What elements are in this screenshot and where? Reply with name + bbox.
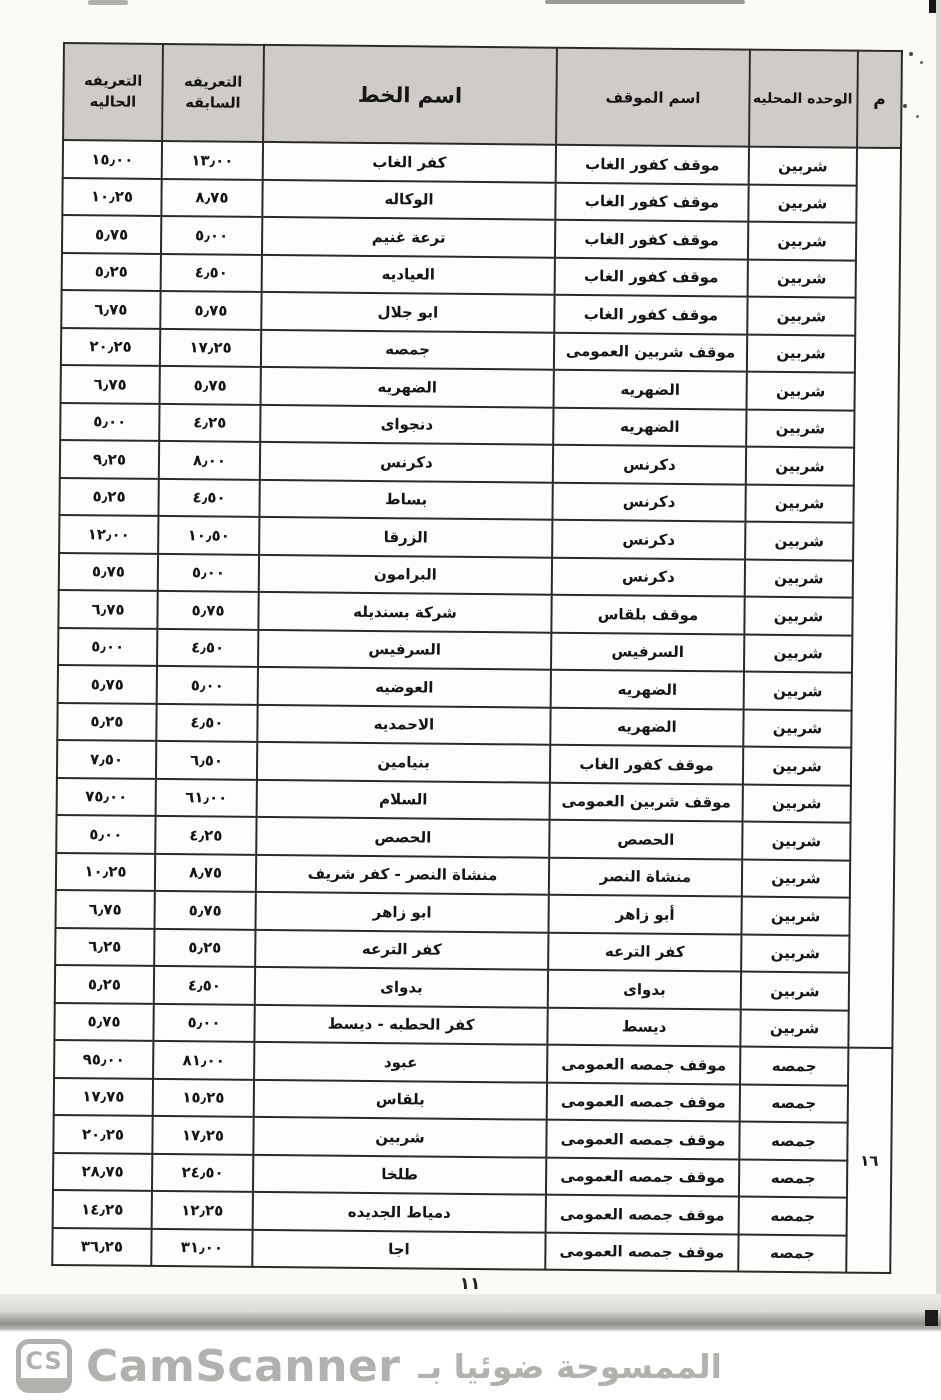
stop-name-cell: دكرنس (552, 482, 745, 521)
line-name-cell: السلام (257, 779, 550, 819)
previous-tariff-cell: ٥٫٧٥ (154, 891, 255, 929)
tariff-table-wrapper: م الوحده المحليه اسم الموقف اسم الخط الت… (51, 42, 901, 1274)
line-name-cell: العياديه (262, 254, 555, 294)
stop-name-cell: دكرنس (553, 445, 746, 484)
camscanner-logo-text: CS (25, 1347, 62, 1375)
line-name-cell: الضهريه (261, 367, 554, 407)
previous-tariff-cell: ٥٫٠٠ (161, 216, 262, 254)
previous-tariff-cell: ٤٫٢٥ (159, 403, 260, 441)
stop-name-cell: الضهريه (553, 407, 746, 446)
current-tariff-cell: ٥٫٧٥ (59, 552, 158, 590)
line-name-cell: اجا (252, 1229, 545, 1269)
line-name-cell: بدواى (255, 967, 548, 1007)
local-unit-cell: جمصه (739, 1197, 847, 1236)
current-tariff-cell: ١٠٫٢٥ (56, 852, 155, 890)
table-header: م الوحده المحليه اسم الموقف اسم الخط الت… (63, 43, 902, 148)
previous-tariff-cell: ٦٫٥٠ (156, 741, 257, 779)
page-bottom-edge (0, 1294, 941, 1332)
camscanner-logo-icon: CS (16, 1339, 72, 1393)
stop-name-cell: موقف جمصه العمومى (547, 1045, 740, 1084)
header-line-name: اسم الخط (263, 45, 557, 145)
stop-name-cell: الضهريه (550, 707, 743, 746)
previous-tariff-cell: ٤٫٥٠ (154, 966, 255, 1004)
previous-tariff-cell: ٤٫٢٥ (155, 816, 256, 854)
local-unit-cell: شربين (745, 522, 853, 561)
ink-dots (903, 104, 919, 118)
current-tariff-cell: ٥٫٢٥ (59, 477, 158, 515)
stop-name-cell: موقف جمصه العمومى (546, 1157, 739, 1196)
local-unit-cell: شربين (744, 672, 852, 711)
line-name-cell: كفر الترعه (255, 929, 548, 969)
previous-tariff-cell: ٥٫٧٥ (160, 291, 261, 329)
local-unit-cell: شربين (747, 297, 855, 336)
header-previous-tariff-line2: السابقه (185, 94, 240, 113)
stop-name-cell: موقف كفور الغاب (555, 257, 748, 296)
current-tariff-cell: ٦٫٧٥ (55, 890, 154, 928)
stop-name-cell: أبو زاهر (548, 895, 741, 934)
local-unit-cell: شربين (741, 972, 849, 1011)
previous-tariff-cell: ١٧٫٢٥ (152, 1116, 253, 1154)
camscanner-watermark-bar: CS CamScanner الممسوحة ضوئيا بـ (0, 1332, 941, 1400)
camscanner-logo-base (20, 1378, 68, 1389)
current-tariff-cell: ٥٫٠٠ (60, 402, 159, 440)
header-local-unit: الوحده المحليه (749, 50, 858, 148)
local-unit-cell: شربين (740, 1009, 848, 1048)
header-previous-tariff-line1: التعريفه (184, 73, 242, 92)
stop-name-cell: موقف جمصه العمومى (545, 1232, 738, 1271)
current-tariff-cell: ٩٫٢٥ (60, 440, 159, 478)
stop-name-cell: بدواى (548, 970, 741, 1009)
stop-name-cell: دكرنس (552, 557, 745, 596)
previous-tariff-cell: ٥٫٢٥ (154, 928, 255, 966)
page-number: ١١ (440, 1274, 500, 1294)
current-tariff-cell: ٦٫٧٥ (61, 290, 160, 328)
current-tariff-cell: ٦٫٢٥ (55, 927, 154, 965)
current-tariff-cell: ١٠٫٢٥ (62, 178, 161, 216)
header-previous-tariff: التعريفه السابقه (162, 44, 264, 142)
line-name-cell: الحصص (256, 817, 549, 857)
line-name-cell: الاحمديه (257, 704, 550, 744)
stop-name-cell: ديسط (547, 1007, 740, 1046)
line-name-cell: بساط (259, 479, 552, 519)
local-unit-cell: شربين (745, 484, 853, 523)
previous-tariff-cell: ١٥٫٢٥ (153, 1078, 254, 1116)
previous-tariff-cell: ٥٫٠٠ (158, 553, 259, 591)
previous-tariff-cell: ٦١٫٠٠ (156, 778, 257, 816)
local-unit-cell: شربين (746, 409, 854, 448)
stop-name-cell: دكرنس (552, 520, 745, 559)
line-name-cell: منشاة النصر - كفر شريف (256, 854, 549, 894)
previous-tariff-cell: ٥٫٠٠ (153, 1003, 254, 1041)
stop-name-cell: موقف كفور الغاب (550, 745, 743, 784)
local-unit-cell: جمصه (740, 1047, 848, 1086)
previous-tariff-cell: ٤٫٥٠ (161, 253, 262, 291)
previous-tariff-cell: ٤٫٥٠ (156, 703, 257, 741)
stop-name-cell: موقف شربين العمومى (554, 332, 747, 371)
ink-dots (909, 52, 923, 64)
stop-name-cell: موقف جمصه العمومى (547, 1082, 740, 1121)
current-tariff-cell: ١٥٫٠٠ (63, 140, 162, 178)
header-current-tariff-line1: التعريفه (84, 72, 142, 91)
stop-name-cell: موقف جمصه العمومى (546, 1120, 739, 1159)
stop-name-cell: الضهريه (551, 670, 744, 709)
current-tariff-cell: ٢٠٫٢٥ (61, 327, 160, 365)
stop-name-cell: الحصص (549, 820, 742, 859)
stop-name-cell: السرفيس (551, 632, 744, 671)
current-tariff-cell: ٦٫٧٥ (58, 590, 157, 628)
local-unit-cell: جمصه (740, 1084, 848, 1123)
line-name-cell: البرامون (259, 554, 552, 594)
header-current-tariff: التعريفه الحاليه (63, 43, 163, 141)
line-name-cell: العوضيه (258, 667, 551, 707)
serial-cell (848, 148, 901, 1048)
camscanner-brand-text: CamScanner (86, 1341, 400, 1392)
table-body: شربينموقف كفور الغابكفر الغاب١٣٫٠٠١٥٫٠٠ش… (52, 140, 901, 1273)
current-tariff-cell: ٥٫٠٠ (56, 815, 155, 853)
local-unit-cell: شربين (748, 184, 856, 223)
line-name-cell: دكرنس (260, 442, 553, 482)
previous-tariff-cell: ٥٫٧٥ (160, 366, 261, 404)
current-tariff-cell: ٢٨٫٧٥ (53, 1152, 152, 1190)
stop-name-cell: كفر الترعه (548, 932, 741, 971)
previous-tariff-cell: ٥٫٧٥ (157, 591, 258, 629)
current-tariff-cell: ٣٦٫٢٥ (52, 1227, 151, 1265)
local-unit-cell: شربين (744, 634, 852, 673)
previous-tariff-cell: ٤٫٥٠ (157, 628, 258, 666)
stop-name-cell: موقف كفور الغاب (556, 145, 749, 184)
header-current-tariff-line2: الحاليه (90, 93, 137, 112)
local-unit-cell: شربين (742, 822, 850, 861)
local-unit-cell: شربين (746, 447, 854, 486)
current-tariff-cell: ٥٫٧٥ (54, 1002, 153, 1040)
tariff-table: م الوحده المحليه اسم الموقف اسم الخط الت… (51, 42, 903, 1274)
scan-smudge (88, 0, 128, 5)
line-name-cell: السرفيس (258, 629, 551, 669)
stop-name-cell: موقف بلقاس (551, 595, 744, 634)
local-unit-cell: شربين (743, 709, 851, 748)
previous-tariff-cell: ٨٫٠٠ (159, 441, 260, 479)
current-tariff-cell: ٥٫٢٥ (57, 702, 156, 740)
line-name-cell: بنيامين (257, 742, 550, 782)
stop-name-cell: موقف كفور الغاب (555, 182, 748, 221)
local-unit-cell: شربين (741, 934, 849, 973)
line-name-cell: دنجواى (260, 404, 553, 444)
serial-cell: ١٦ (846, 1048, 892, 1273)
previous-tariff-cell: ٨٫٧٥ (161, 178, 262, 216)
previous-tariff-cell: ١٢٫٢٥ (152, 1191, 253, 1229)
local-unit-cell: جمصه (739, 1159, 847, 1198)
local-unit-cell: شربين (743, 784, 851, 823)
line-name-cell: الوكاله (262, 179, 555, 219)
stop-name-cell: موقف كفور الغاب (555, 220, 748, 259)
local-unit-cell: جمصه (738, 1234, 846, 1273)
line-name-cell: كفر الحطبه - ديسط (254, 1004, 547, 1044)
previous-tariff-cell: ١٠٫٥٠ (158, 516, 259, 554)
current-tariff-cell: ٧٫٥٠ (57, 740, 156, 778)
current-tariff-cell: ٥٫٢٥ (55, 965, 154, 1003)
scan-corner-mark (925, 1310, 938, 1326)
local-unit-cell: جمصه (739, 1122, 847, 1161)
scan-smudge (545, 0, 745, 4)
local-unit-cell: شربين (745, 559, 853, 598)
table-row: جمصهموقف جمصه العمومىاجا٣١٫٠٠٣٦٫٢٥ (52, 1227, 890, 1273)
current-tariff-cell: ٥٫٠٠ (58, 627, 157, 665)
current-tariff-cell: ٩٥٫٠٠ (54, 1040, 153, 1078)
line-name-cell: ابو جلال (261, 292, 554, 332)
previous-tariff-cell: ٥٫٠٠ (157, 666, 258, 704)
local-unit-cell: شربين (742, 859, 850, 898)
line-name-cell: دمياط الجديده (253, 1192, 546, 1232)
stop-name-cell: منشاة النصر (549, 857, 742, 896)
local-unit-cell: شربين (743, 747, 851, 786)
current-tariff-cell: ٧٥٫٠٠ (57, 777, 156, 815)
line-name-cell: شركة بسنديله (258, 592, 551, 632)
current-tariff-cell: ١٧٫٧٥ (54, 1077, 153, 1115)
current-tariff-cell: ٥٫٢٥ (62, 252, 161, 290)
line-name-cell: عبود (254, 1042, 547, 1082)
previous-tariff-cell: ١٧٫٢٥ (160, 328, 261, 366)
line-name-cell: طلخا (253, 1154, 546, 1194)
line-name-cell: الزرقا (259, 517, 552, 557)
line-name-cell: ترعة غنيم (262, 217, 555, 257)
current-tariff-cell: ٥٫٧٥ (62, 215, 161, 253)
page-edge-shadow (936, 0, 941, 1330)
current-tariff-cell: ٦٫٧٥ (61, 365, 160, 403)
line-name-cell: بلقاس (254, 1079, 547, 1119)
current-tariff-cell: ٢٠٫٢٥ (53, 1115, 152, 1153)
local-unit-cell: شربين (741, 897, 849, 936)
previous-tariff-cell: ٣١٫٠٠ (151, 1228, 252, 1266)
stop-name-cell: الضهريه (554, 370, 747, 409)
line-name-cell: ابو زاهر (255, 892, 548, 932)
stop-name-cell: موقف جمصه العمومى (546, 1195, 739, 1234)
current-tariff-cell: ١٢٫٠٠ (59, 515, 158, 553)
previous-tariff-cell: ١٣٫٠٠ (162, 141, 263, 179)
header-stop-name: اسم الموقف (556, 48, 750, 147)
local-unit-cell: شربين (748, 259, 856, 298)
previous-tariff-cell: ٢٤٫٥٠ (152, 1153, 253, 1191)
line-name-cell: كفر الغاب (263, 142, 556, 182)
current-tariff-cell: ٥٫٧٥ (58, 665, 157, 703)
stop-name-cell: موقف شربين العمومى (550, 782, 743, 821)
line-name-cell: شربين (253, 1117, 546, 1157)
current-tariff-cell: ١٤٫٢٥ (53, 1190, 152, 1228)
local-unit-cell: شربين (747, 334, 855, 373)
previous-tariff-cell: ٨٫٧٥ (155, 853, 256, 891)
previous-tariff-cell: ٨١٫٠٠ (153, 1041, 254, 1079)
local-unit-cell: شربين (748, 222, 856, 261)
line-name-cell: جمصه (261, 329, 554, 369)
header-serial: م (857, 51, 902, 148)
camscanner-arabic-caption: الممسوحة ضوئيا بـ (418, 1347, 722, 1386)
local-unit-cell: شربين (747, 372, 855, 411)
local-unit-cell: شربين (749, 147, 857, 186)
previous-tariff-cell: ٤٫٥٠ (158, 478, 259, 516)
local-unit-cell: شربين (744, 597, 852, 636)
stop-name-cell: موقف كفور الغاب (554, 295, 747, 334)
